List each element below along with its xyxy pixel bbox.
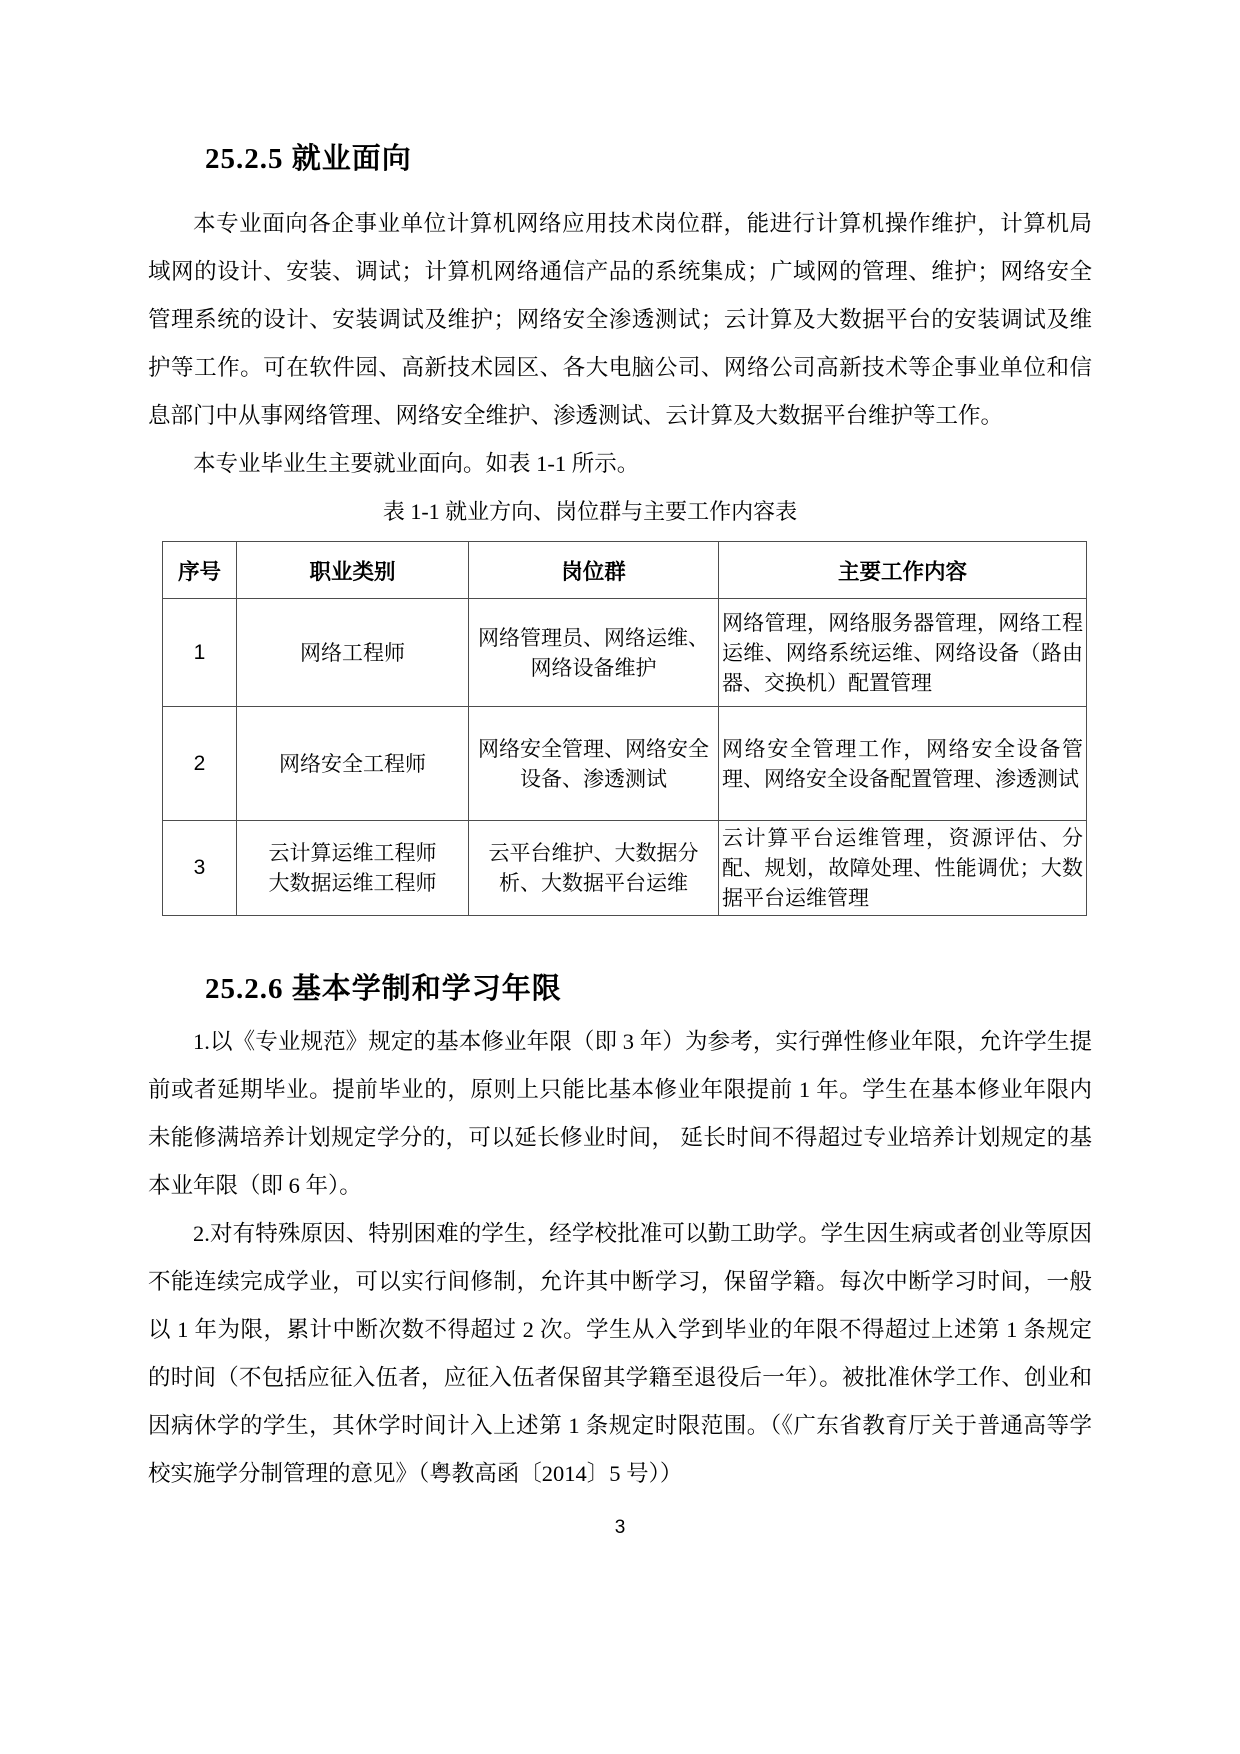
cell-duties: 网络安全管理工作，网络安全设备管理、网络安全设备配置管理、渗透测试	[719, 707, 1087, 821]
cell-positions: 网络管理员、网络运维、网络设备维护	[469, 599, 719, 707]
cell-number: 3	[163, 821, 237, 916]
page-number: 3	[148, 1516, 1092, 1540]
header-cell-duties: 主要工作内容	[719, 542, 1087, 599]
schooling-paragraph-1: 1.以《专业规范》规定的基本修业年限（即 3 年）为参考，实行弹性修业年限，允许…	[148, 1018, 1092, 1210]
cell-number: 1	[163, 599, 237, 707]
cell-positions: 网络安全管理、网络安全设备、渗透测试	[469, 707, 719, 821]
employment-paragraph-1: 本专业面向各企事业单位计算机网络应用技术岗位群，能进行计算机操作维护，计算机局域…	[148, 200, 1092, 440]
page-content: 25.2.5 就业面向 本专业面向各企事业单位计算机网络应用技术岗位群，能进行计…	[0, 0, 1240, 1540]
table-row: 1 网络工程师 网络管理员、网络运维、网络设备维护 网络管理，网络服务器管理，网…	[163, 599, 1087, 707]
header-cell-category: 职业类别	[237, 542, 469, 599]
employment-table: 序号 职业类别 岗位群 主要工作内容 1 网络工程师 网络管理员、网络运维、网络…	[162, 541, 1087, 916]
cell-category: 网络安全工程师	[237, 707, 469, 821]
table-header-row: 序号 职业类别 岗位群 主要工作内容	[163, 542, 1087, 599]
document-page: 25.2.5 就业面向 本专业面向各企事业单位计算机网络应用技术岗位群，能进行计…	[0, 0, 1240, 1754]
cell-duties: 云计算平台运维管理，资源评估、分配、规划，故障处理、性能调优；大数据平台运维管理	[719, 821, 1087, 916]
schooling-paragraph-2: 2.对有特殊原因、特别困难的学生，经学校批准可以勤工助学。学生因生病或者创业等原…	[148, 1210, 1092, 1498]
cell-category: 网络工程师	[237, 599, 469, 707]
cell-number: 2	[163, 707, 237, 821]
table-row: 2 网络安全工程师 网络安全管理、网络安全设备、渗透测试 网络安全管理工作，网络…	[163, 707, 1087, 821]
table-row: 3 云计算运维工程师 大数据运维工程师 云平台维护、大数据分析、大数据平台运维 …	[163, 821, 1087, 916]
employment-paragraph-2: 本专业毕业生主要就业面向。如表 1-1 所示。	[148, 440, 1092, 488]
cell-positions: 云平台维护、大数据分析、大数据平台运维	[469, 821, 719, 916]
table-caption: 表 1-1 就业方向、岗位群与主要工作内容表	[148, 488, 1032, 536]
header-cell-positions: 岗位群	[469, 542, 719, 599]
section-heading-employment: 25.2.5 就业面向	[205, 142, 1092, 176]
section-heading-schooling: 25.2.6 基本学制和学习年限	[205, 972, 1092, 1006]
cell-duties: 网络管理，网络服务器管理，网络工程运维、网络系统运维、网络设备（路由器、交换机）…	[719, 599, 1087, 707]
header-cell-number: 序号	[163, 542, 237, 599]
cell-category: 云计算运维工程师 大数据运维工程师	[237, 821, 469, 916]
